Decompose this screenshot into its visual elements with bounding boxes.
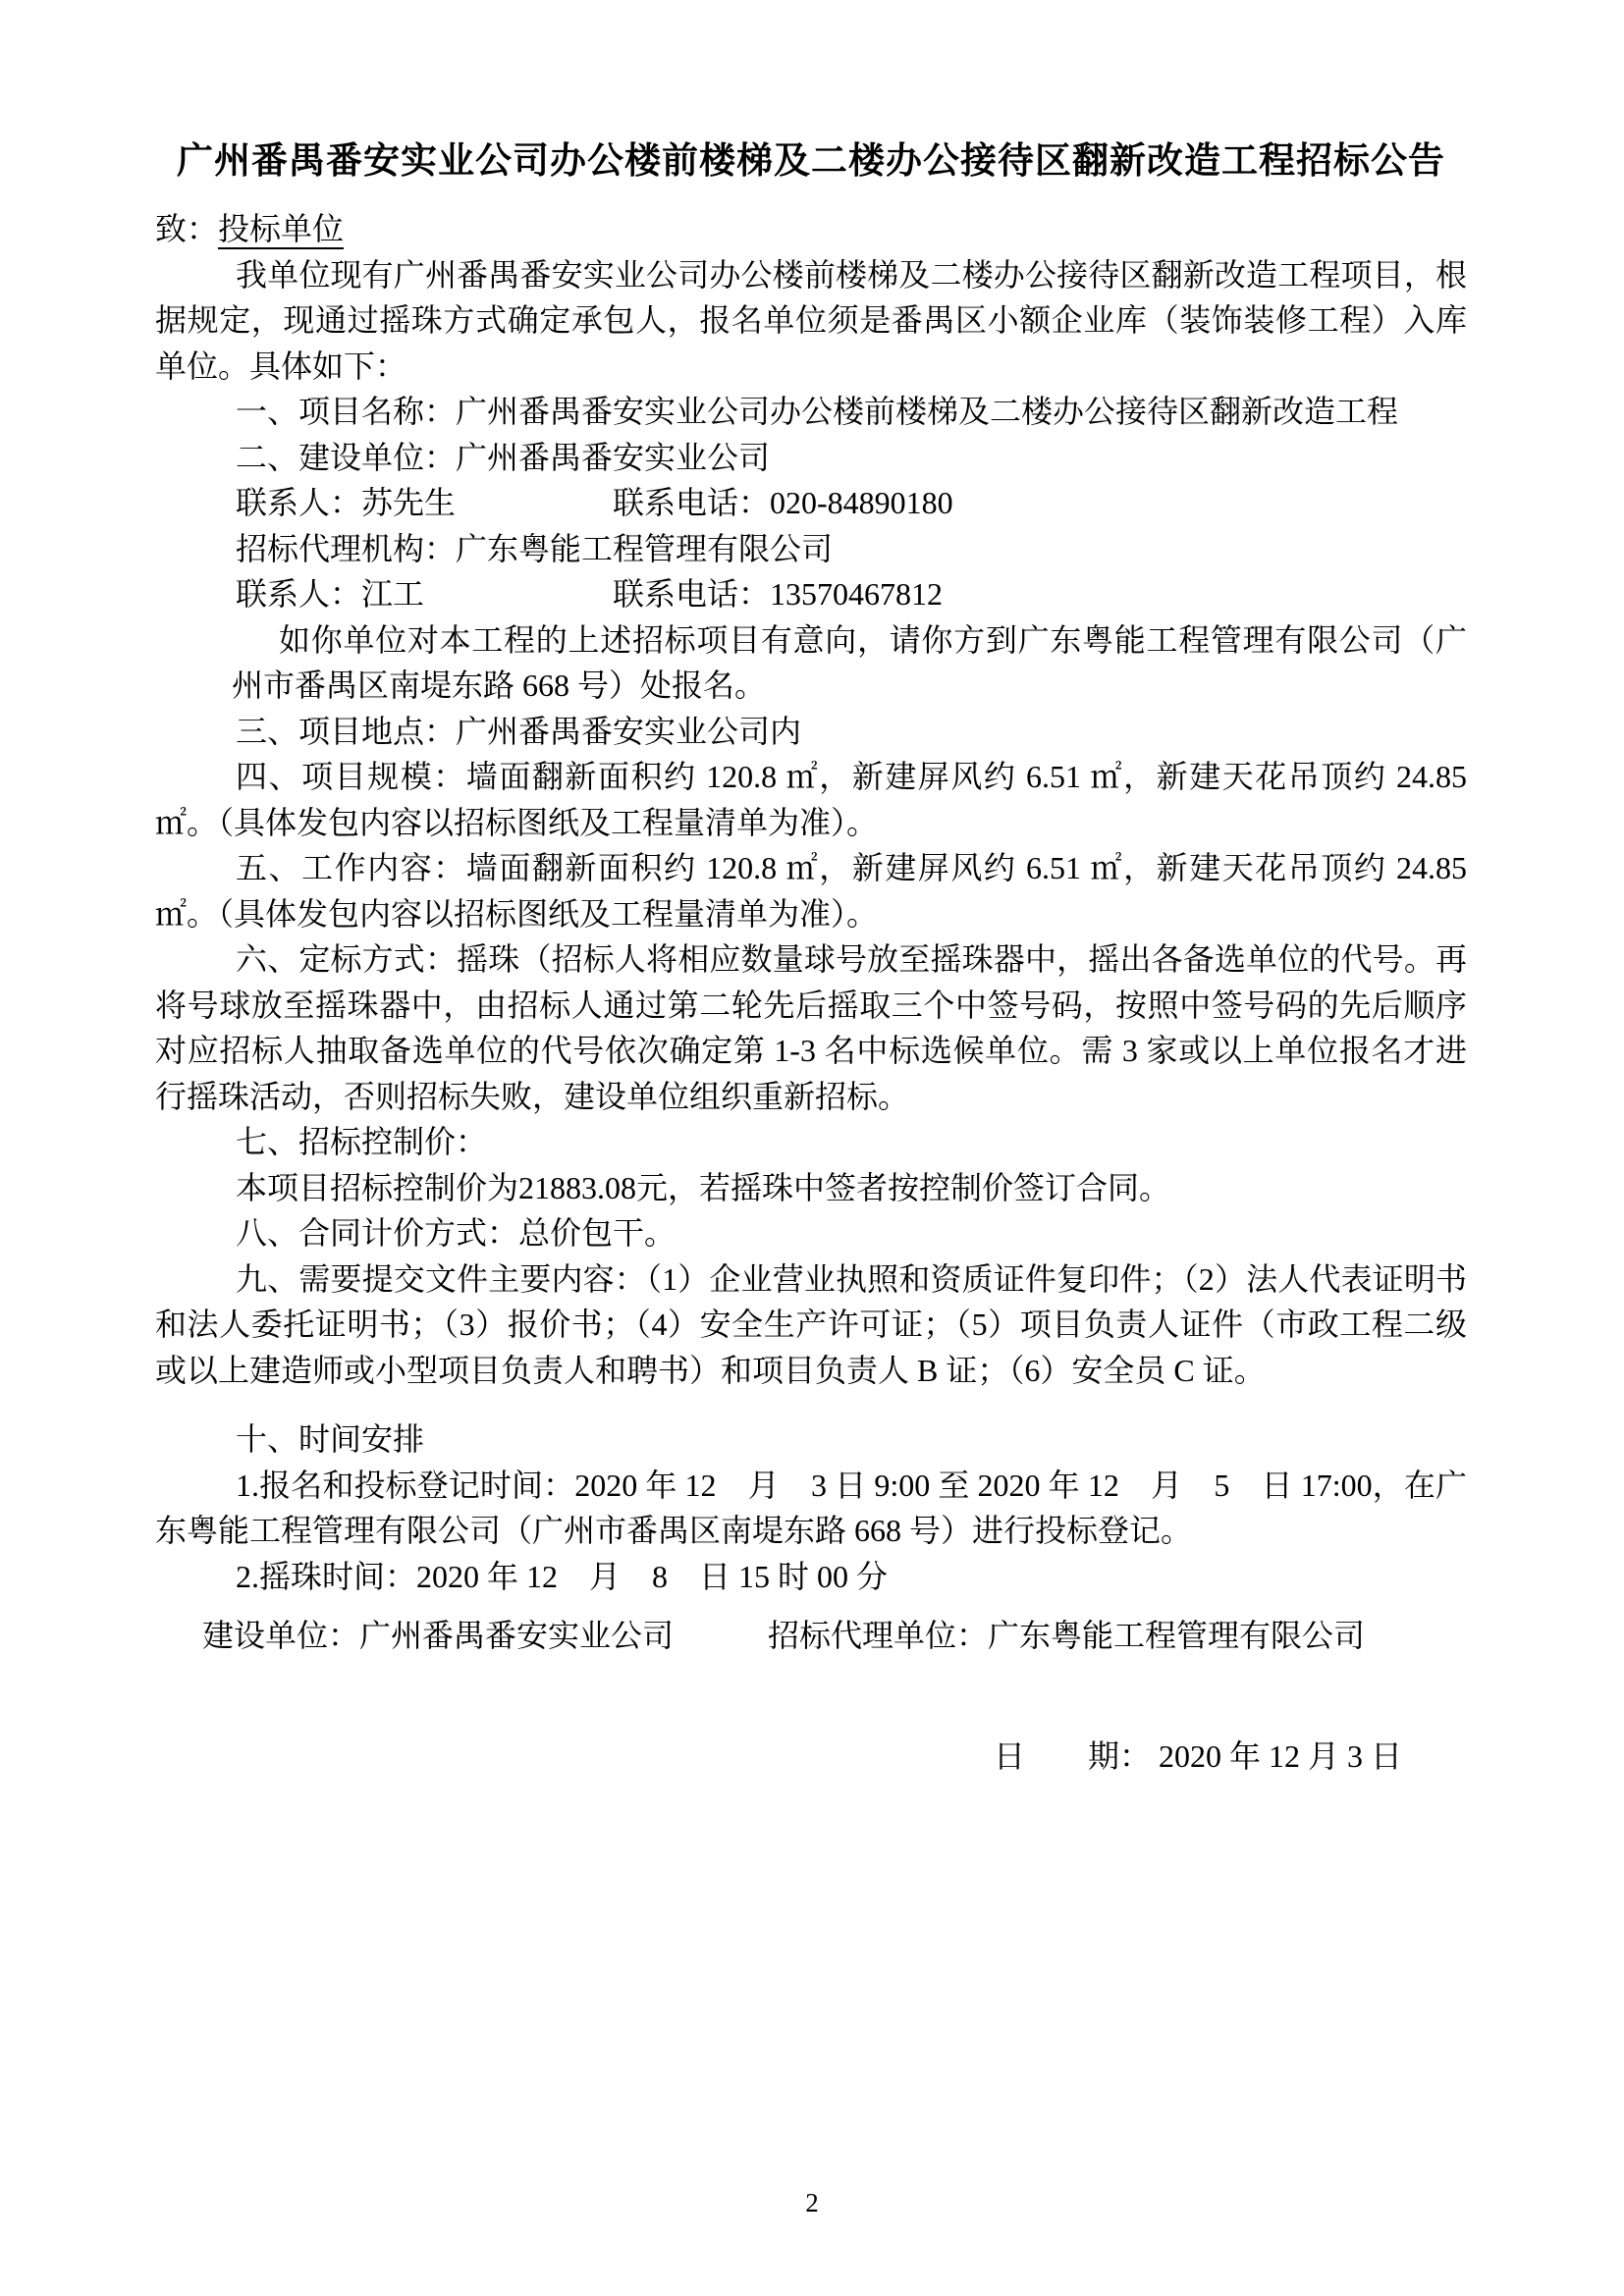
document-page: 广州番禺番安实业公司办公楼前楼梯及二楼办公接待区翻新改造工程招标公告 致：投标单… <box>0 0 1624 2296</box>
paragraph: 如你单位对本工程的上述招标项目有意向，请你方到广东粤能工程管理有限公司（广州市番… <box>232 617 1467 709</box>
paragraph: 九、需要提交文件主要内容：（1）企业营业执照和资质证件复印件；（2）法人代表证明… <box>155 1256 1467 1394</box>
paragraph: 六、定标方式：摇珠（招标人将相应数量球号放至摇珠器中，摇出各备选单位的代号。再将… <box>155 936 1467 1119</box>
document-content: 广州番禺番安实业公司办公楼前楼梯及二楼办公接待区翻新改造工程招标公告 致：投标单… <box>155 135 1467 1779</box>
paragraph: 五、工作内容：墙面翻新面积约 120.8 ㎡，新建屏风约 6.51 ㎡，新建天花… <box>155 845 1467 936</box>
page-title: 广州番禺番安实业公司办公楼前楼梯及二楼办公接待区翻新改造工程招标公告 <box>155 135 1467 187</box>
paragraph: 八、合同计价方式：总价包干。 <box>155 1210 1467 1256</box>
paragraph: 2.摇珠时间：2020 年 12 月 8 日 15 时 00 分 <box>155 1554 1467 1600</box>
salutation-addressee: 投标单位 <box>218 211 344 249</box>
paragraph: 联系人：江工 联系电话：13570467812 <box>155 571 1467 617</box>
salutation-prefix: 致： <box>155 211 218 246</box>
paragraph: 日 期： 2020 年 12 月 3 日 <box>155 1734 1467 1780</box>
paragraph: 我单位现有广州番禺番安实业公司办公楼前楼梯及二楼办公接待区翻新改造工程项目，根据… <box>155 252 1467 390</box>
paragraph: 招标代理机构：广东粤能工程管理有限公司 <box>155 526 1467 572</box>
paragraph: 一、项目名称：广州番禺番安实业公司办公楼前楼梯及二楼办公接待区翻新改造工程 <box>155 389 1467 435</box>
paragraph: 本项目招标控制价为21883.08元，若摇珠中签者按控制价签订合同。 <box>155 1165 1467 1211</box>
paragraph: 七、招标控制价： <box>155 1119 1467 1165</box>
paragraph: 联系人：苏先生 联系电话：020-84890180 <box>155 480 1467 526</box>
paragraph: 四、项目规模：墙面翻新面积约 120.8 ㎡，新建屏风约 6.51 ㎡，新建天花… <box>155 754 1467 845</box>
page-number: 2 <box>0 2187 1624 2218</box>
paragraph: 二、建设单位：广州番禺番安实业公司 <box>155 435 1467 481</box>
paragraph: 建设单位：广州番禺番安实业公司 招标代理单位：广东粤能工程管理有限公司 <box>155 1613 1467 1659</box>
document-body: 我单位现有广州番禺番安实业公司办公楼前楼梯及二楼办公接待区翻新改造工程项目，根据… <box>155 252 1467 1780</box>
paragraph: 1.报名和投标登记时间：2020 年 12 月 3 日 9:00 至 2020 … <box>155 1463 1467 1554</box>
paragraph: 三、项目地点：广州番禺番安实业公司内 <box>155 709 1467 755</box>
salutation-line: 致：投标单位 <box>155 206 1467 252</box>
paragraph: 十、时间安排 <box>155 1416 1467 1463</box>
